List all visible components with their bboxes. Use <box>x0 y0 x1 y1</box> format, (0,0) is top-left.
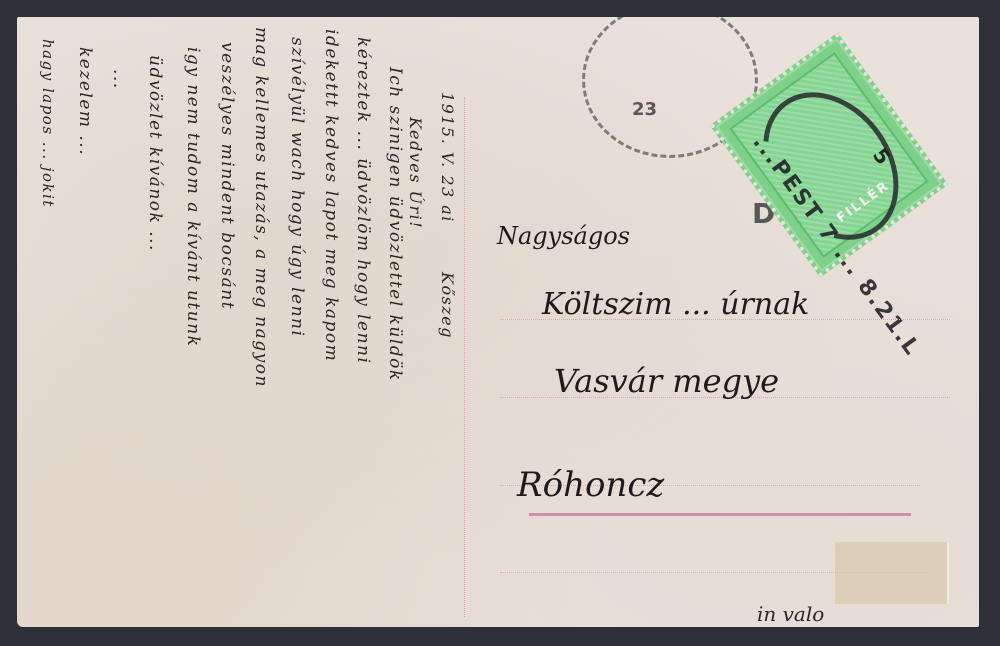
address-line-1: Nagyságos <box>497 222 630 250</box>
message-line: kezelem ... <box>75 47 95 156</box>
message-line: ... <box>109 69 129 90</box>
message-line: hagy lapos ... jokit <box>39 39 57 208</box>
message-line: veszélyes mindent bocsánt <box>217 42 237 310</box>
address-line-4: Róhoncz <box>517 465 664 505</box>
postmark-date: 23 <box>632 99 657 120</box>
footer-note: in valo <box>757 602 824 626</box>
address-line-2: Költszim ... úrnak <box>542 287 809 322</box>
message-line: üdvözlet kívánok ... <box>145 55 165 252</box>
center-divider <box>464 97 466 617</box>
salutation: Kedves Úri! <box>406 117 425 229</box>
message-place: Kőszeg <box>438 272 457 339</box>
tape-residue <box>835 542 949 604</box>
message-date: 1915. V. 23 ai <box>438 92 457 223</box>
address-underline <box>529 513 911 516</box>
message-line: kéreztek ... üdvözlöm hogy lenni <box>353 37 373 364</box>
message-line: idekettt kedves lapot meg kapom <box>321 29 341 362</box>
postcard: hagy lapos ... jokit kezelem ... ... üdv… <box>17 17 979 627</box>
address-line-3: Vasvár megye <box>554 362 779 400</box>
message-line: igy nem tudom a kívánt utunk <box>183 47 203 347</box>
message-line: szívélyül wach hogy úgy lenni <box>287 37 307 337</box>
message-line: mag kellemes utazás, a meg nagyon <box>251 27 271 388</box>
message-line: Ich szinigen üdvözlettel küldök <box>385 67 405 382</box>
message-area: hagy lapos ... jokit kezelem ... ... üdv… <box>17 17 467 627</box>
